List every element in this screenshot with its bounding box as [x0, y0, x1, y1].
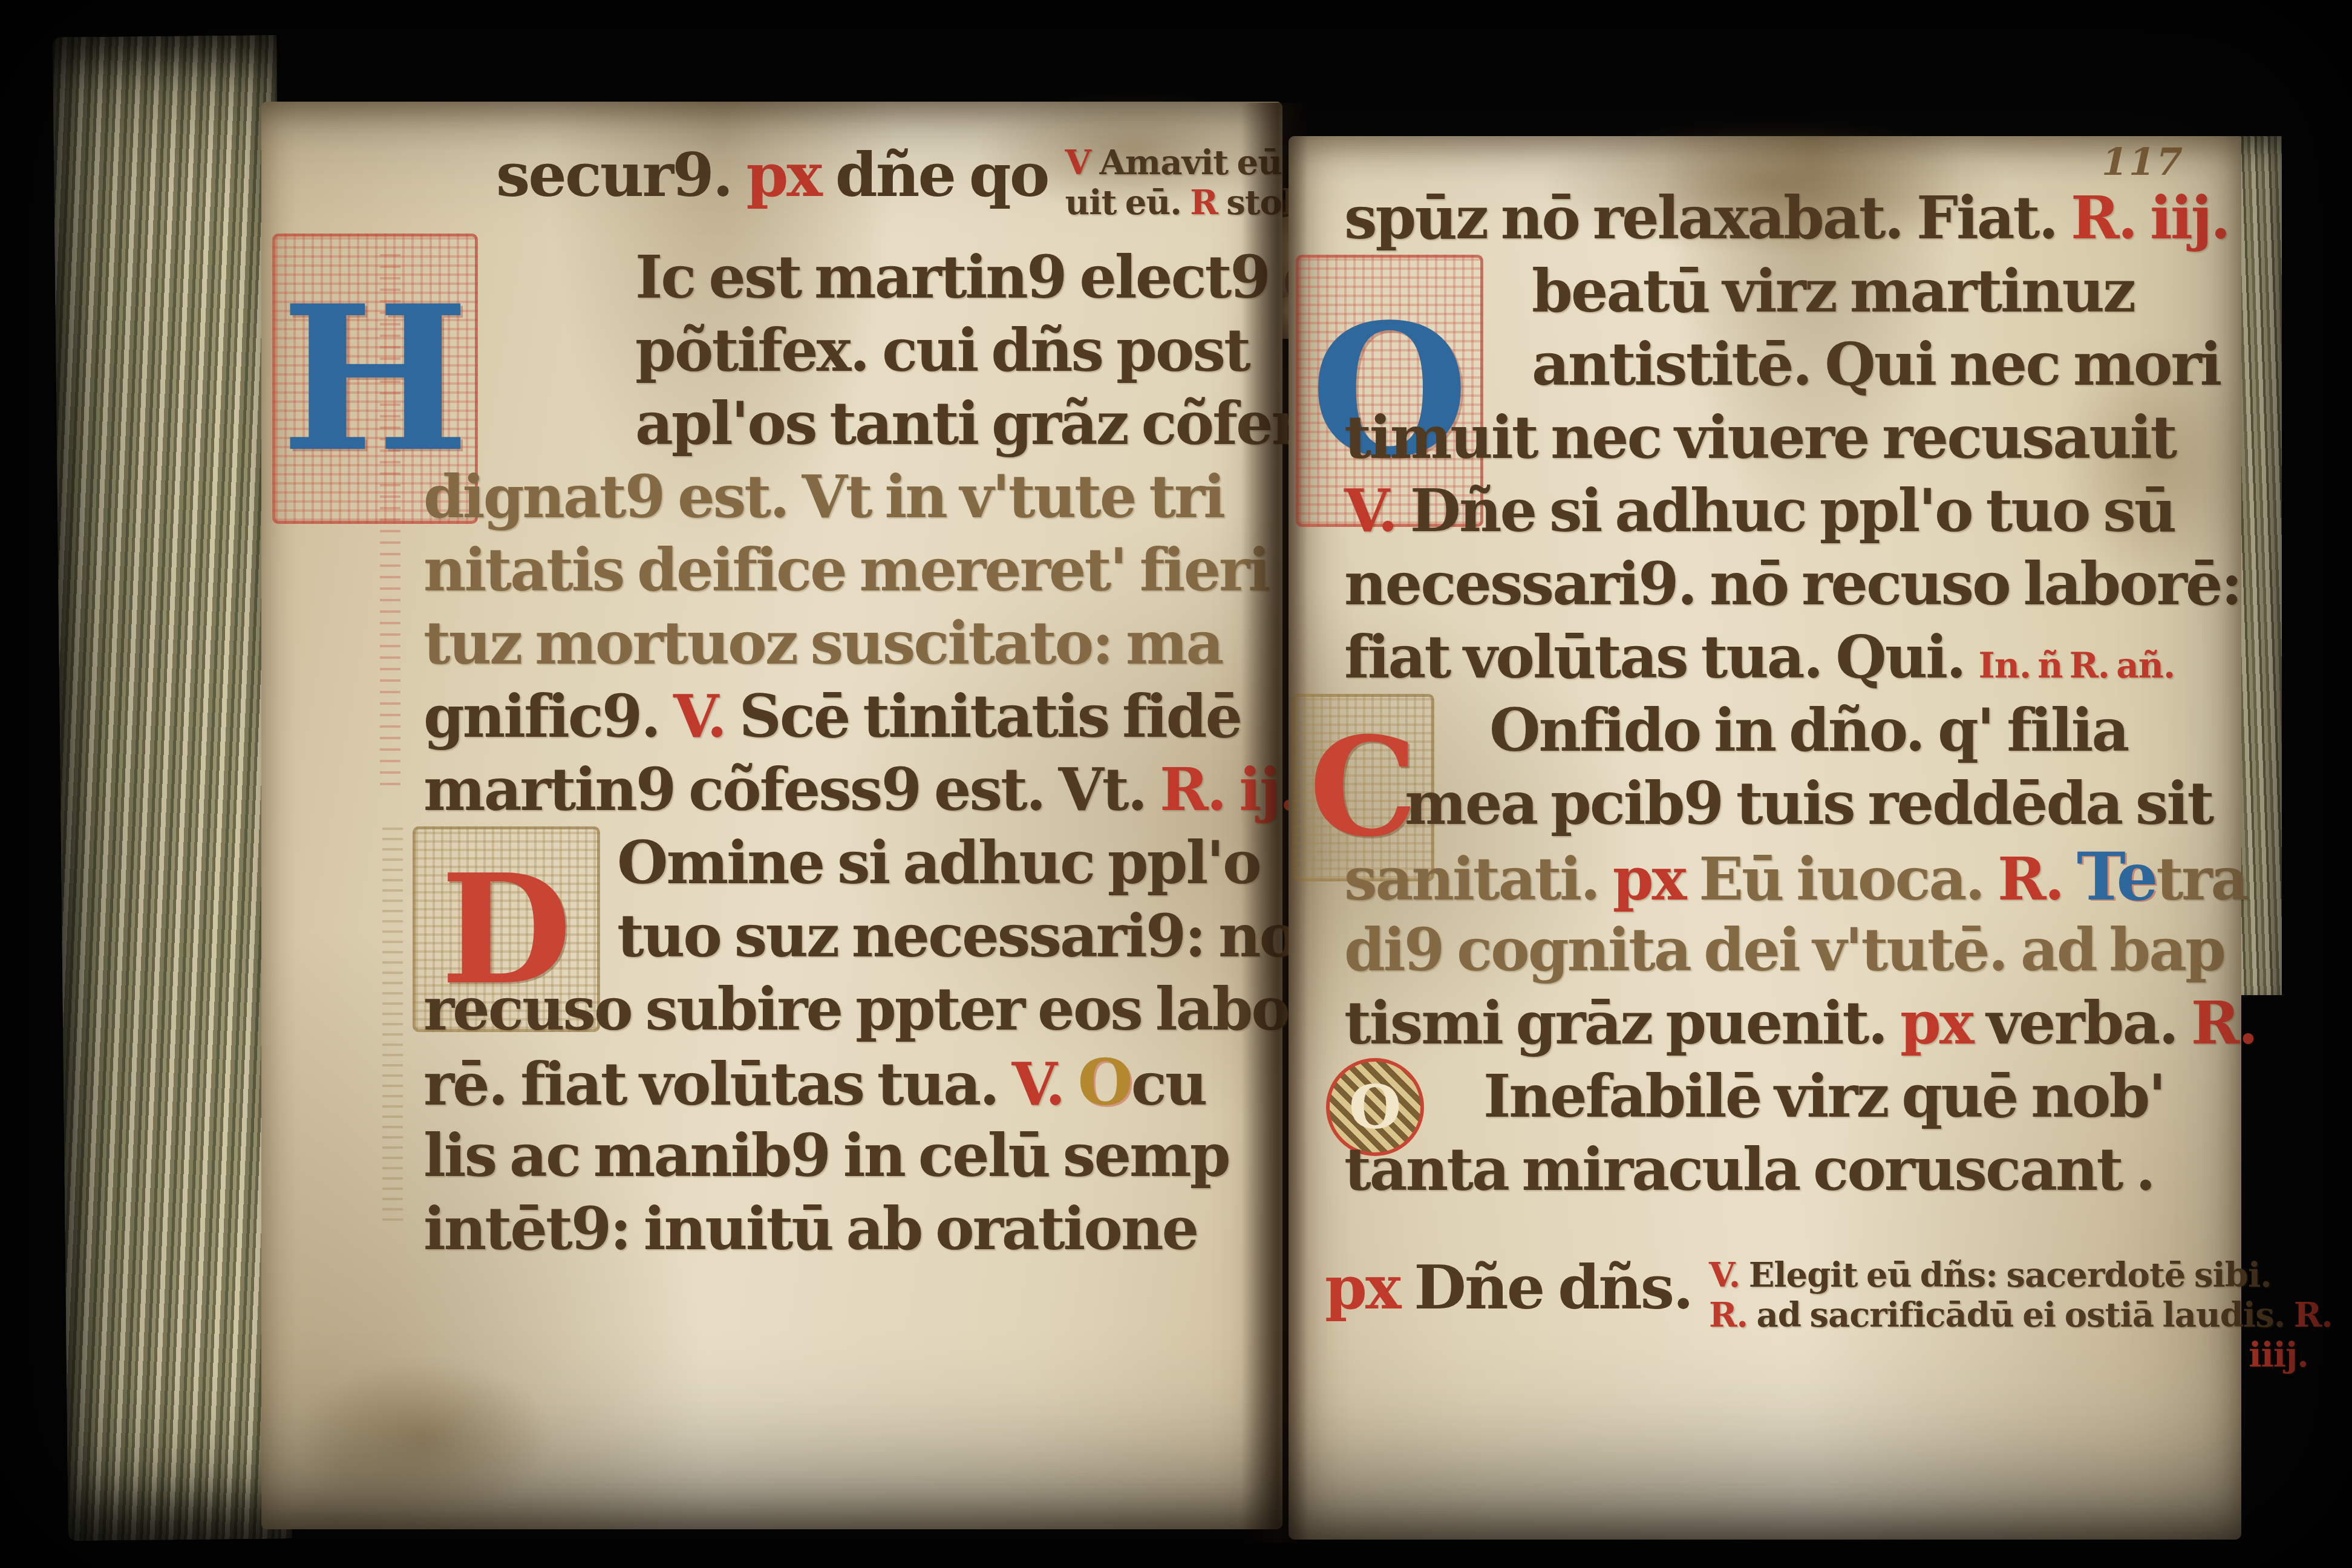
text-segment: V.	[1012, 1050, 1078, 1119]
text-segment: recuso subire ppter eos labo	[423, 975, 1289, 1044]
text-segment: põtifex. cui dñs post	[635, 316, 1249, 385]
text-segment: px	[1613, 844, 1699, 913]
manuscript-photo: secur9. px dñe qo V Amavit eū dñs: z orn…	[0, 0, 2352, 1568]
left-page-stack-edge	[53, 35, 292, 1541]
right-page: 117 O C O spūz nō relaxabat. Fiat. R. ii…	[1289, 136, 2241, 1540]
text-segment: Inefabilē virz quē nob'	[1483, 1062, 2164, 1131]
right-text-column: spūz nō relaxabat. Fiat. R. iij.beatū vi…	[1344, 181, 2221, 1206]
text-segment: sanitati.	[1344, 844, 1613, 913]
text-segment: V	[1065, 143, 1099, 183]
text-segment: dñe qo	[835, 139, 1048, 211]
text-segment: tismi grāz puenit.	[1344, 988, 1900, 1057]
text-segment: R	[1190, 183, 1226, 223]
left-page: secur9. px dñe qo V Amavit eū dñs: z orn…	[261, 102, 1282, 1529]
text-segment: ad sacrificādū ei ostiā laudis.	[1757, 1295, 2294, 1335]
text-line: dignat9 est. Vt in v'tute tri	[423, 460, 1264, 534]
text-segment: di9 cognita dei v'tutē. ad bap	[1344, 915, 2224, 984]
text-segment: Onfido in dño. q' filia	[1489, 696, 2128, 765]
folio-page-number: 117	[2097, 140, 2188, 184]
text-line: tanta miracula coruscant .	[1344, 1133, 2221, 1206]
text-segment: uit eū.	[1065, 183, 1190, 223]
text-segment: cu	[1131, 1050, 1206, 1119]
text-segment: Omine si adhuc ppl'o	[617, 828, 1260, 897]
text-segment: R.	[1998, 844, 2077, 913]
text-segment: antistitē. Qui nec mori	[1532, 330, 2220, 399]
text-segment: mea pcib9 tuis reddēda sit	[1405, 769, 2212, 838]
text-segment: necessari9. nō recuso laborē:	[1344, 549, 2241, 618]
text-line: tuo suz necessari9: non	[423, 900, 1264, 973]
text-segment: Eū iuoca.	[1699, 844, 1998, 913]
text-line: beatū virz martinuz	[1344, 255, 2221, 328]
text-line: nitatis deifice mereret' fieri	[423, 534, 1264, 607]
text-line: timuit nec viuere recusauit	[1344, 401, 2221, 474]
text-segment: martin9 cõfess9 est. Vt.	[423, 755, 1160, 824]
text-segment: V.	[1709, 1255, 1749, 1295]
left-text-column: Ic est martin9 elect9 dipõtifex. cui dñs…	[423, 241, 1264, 1266]
text-line: spūz nō relaxabat. Fiat. R. iij.	[1344, 181, 2221, 255]
text-segment: tuo suz necessari9: non	[617, 901, 1338, 970]
text-segment: R. iij.	[2071, 183, 2229, 252]
text-line: lis ac manib9 in celū semp	[423, 1119, 1264, 1192]
text-segment: px	[732, 139, 835, 211]
right-footer-small-lines: V. Elegit eū dñs: sacerdotē sibi.R. ad s…	[1709, 1252, 2333, 1375]
text-segment: O	[1077, 1045, 1131, 1120]
text-segment: tanta miracula coruscant .	[1344, 1135, 2154, 1204]
text-line: gnific9. V. Scē tinitatis fidē	[423, 680, 1264, 753]
text-segment: spūz nō relaxabat. Fiat.	[1344, 183, 2071, 252]
text-line: apl'os tanti grãz cõferre :	[423, 387, 1264, 460]
text-segment: V.	[673, 682, 739, 751]
text-line: põtifex. cui dñs post	[423, 314, 1264, 387]
text-segment: intēt9: inuitū ab oratione	[423, 1194, 1197, 1263]
gutter-shadow	[1241, 103, 1308, 1543]
text-line: Onfido in dño. q' filia	[1344, 694, 2221, 767]
text-line: mea pcib9 tuis reddēda sit	[1344, 767, 2221, 840]
text-segment: R.	[2294, 1295, 2333, 1335]
text-line: iiij.	[1709, 1335, 2333, 1375]
text-segment: tuz mortuoz suscitato: ma	[423, 609, 1222, 678]
text-segment: In. ñ R. añ.	[1979, 645, 2175, 686]
text-segment: R.	[2191, 988, 2256, 1057]
text-line: Ic est martin9 elect9 di	[423, 241, 1264, 314]
text-line: Omine si adhuc ppl'o	[423, 826, 1264, 900]
text-segment: Elegit eū dñs: sacerdotē sibi.	[1749, 1255, 2272, 1295]
text-segment: V.	[1344, 476, 1410, 545]
text-segment: iiij.	[2249, 1335, 2308, 1375]
text-line: martin9 cõfess9 est. Vt. R. ij.	[423, 753, 1264, 826]
text-line: sanitati. px Eū iuoca. R. Tetra	[1344, 840, 2221, 913]
text-segment: gnific9.	[423, 682, 673, 751]
text-line: rē. fiat volūtas tua. V. Ocu	[423, 1046, 1264, 1119]
text-segment: px	[1900, 988, 1986, 1057]
text-line: V. Elegit eū dñs: sacerdotē sibi.	[1709, 1255, 2333, 1295]
text-segment: Scē tinitatis fidē	[739, 682, 1241, 751]
text-segment: fiat volūtas tua. Qui.	[1344, 622, 1979, 691]
right-footer-row: px Dñe dñs. V. Elegit eū dñs: sacerdotē …	[1325, 1252, 2333, 1375]
text-line: fiat volūtas tua. Qui. In. ñ R. añ.	[1344, 621, 2221, 694]
text-segment: Dñe si adhuc ppl'o tuo sū	[1410, 476, 2175, 545]
text-line: di9 cognita dei v'tutē. ad bap	[1344, 913, 2221, 987]
text-segment: Te	[2077, 838, 2156, 915]
text-line: R. ad sacrificādū ei ostiā laudis. R.	[1709, 1295, 2333, 1335]
text-line: Inefabilē virz quē nob'	[1344, 1060, 2221, 1133]
text-segment: nitatis deifice mereret' fieri	[423, 535, 1269, 604]
penwork-flourish-gold	[382, 822, 403, 1221]
right-footer-large: px Dñe dñs.	[1325, 1252, 1692, 1323]
text-segment: beatū virz martinuz	[1532, 256, 2134, 325]
text-segment: px	[1325, 1252, 1414, 1323]
text-segment: lis ac manib9 in celū semp	[423, 1121, 1229, 1190]
text-segment: timuit nec viuere recusauit	[1344, 403, 2175, 472]
text-line: recuso subire ppter eos labo	[423, 973, 1264, 1046]
text-line: necessari9. nō recuso laborē:	[1344, 547, 2221, 621]
text-segment: verba.	[1986, 988, 2190, 1057]
left-header-large: secur9. px dñe qo	[496, 139, 1048, 211]
parchment-stain	[298, 1360, 552, 1517]
text-segment: rē. fiat volūtas tua.	[423, 1050, 1012, 1119]
text-line: V. Dñe si adhuc ppl'o tuo sū	[1344, 474, 2221, 547]
text-segment: Dñe dñs.	[1414, 1252, 1692, 1323]
text-line: tismi grāz puenit. px verba. R.	[1344, 987, 2221, 1060]
text-line: intēt9: inuitū ab oratione	[423, 1192, 1264, 1266]
text-segment: R.	[1709, 1295, 1757, 1335]
text-segment: secur9.	[496, 139, 732, 211]
text-segment: dignat9 est. Vt in v'tute tri	[423, 462, 1224, 531]
text-line: tuz mortuoz suscitato: ma	[423, 607, 1264, 680]
text-segment: tra	[2157, 844, 2247, 913]
text-segment: Ic est martin9 elect9 di	[635, 243, 1342, 312]
text-line: antistitē. Qui nec mori	[1344, 328, 2221, 401]
